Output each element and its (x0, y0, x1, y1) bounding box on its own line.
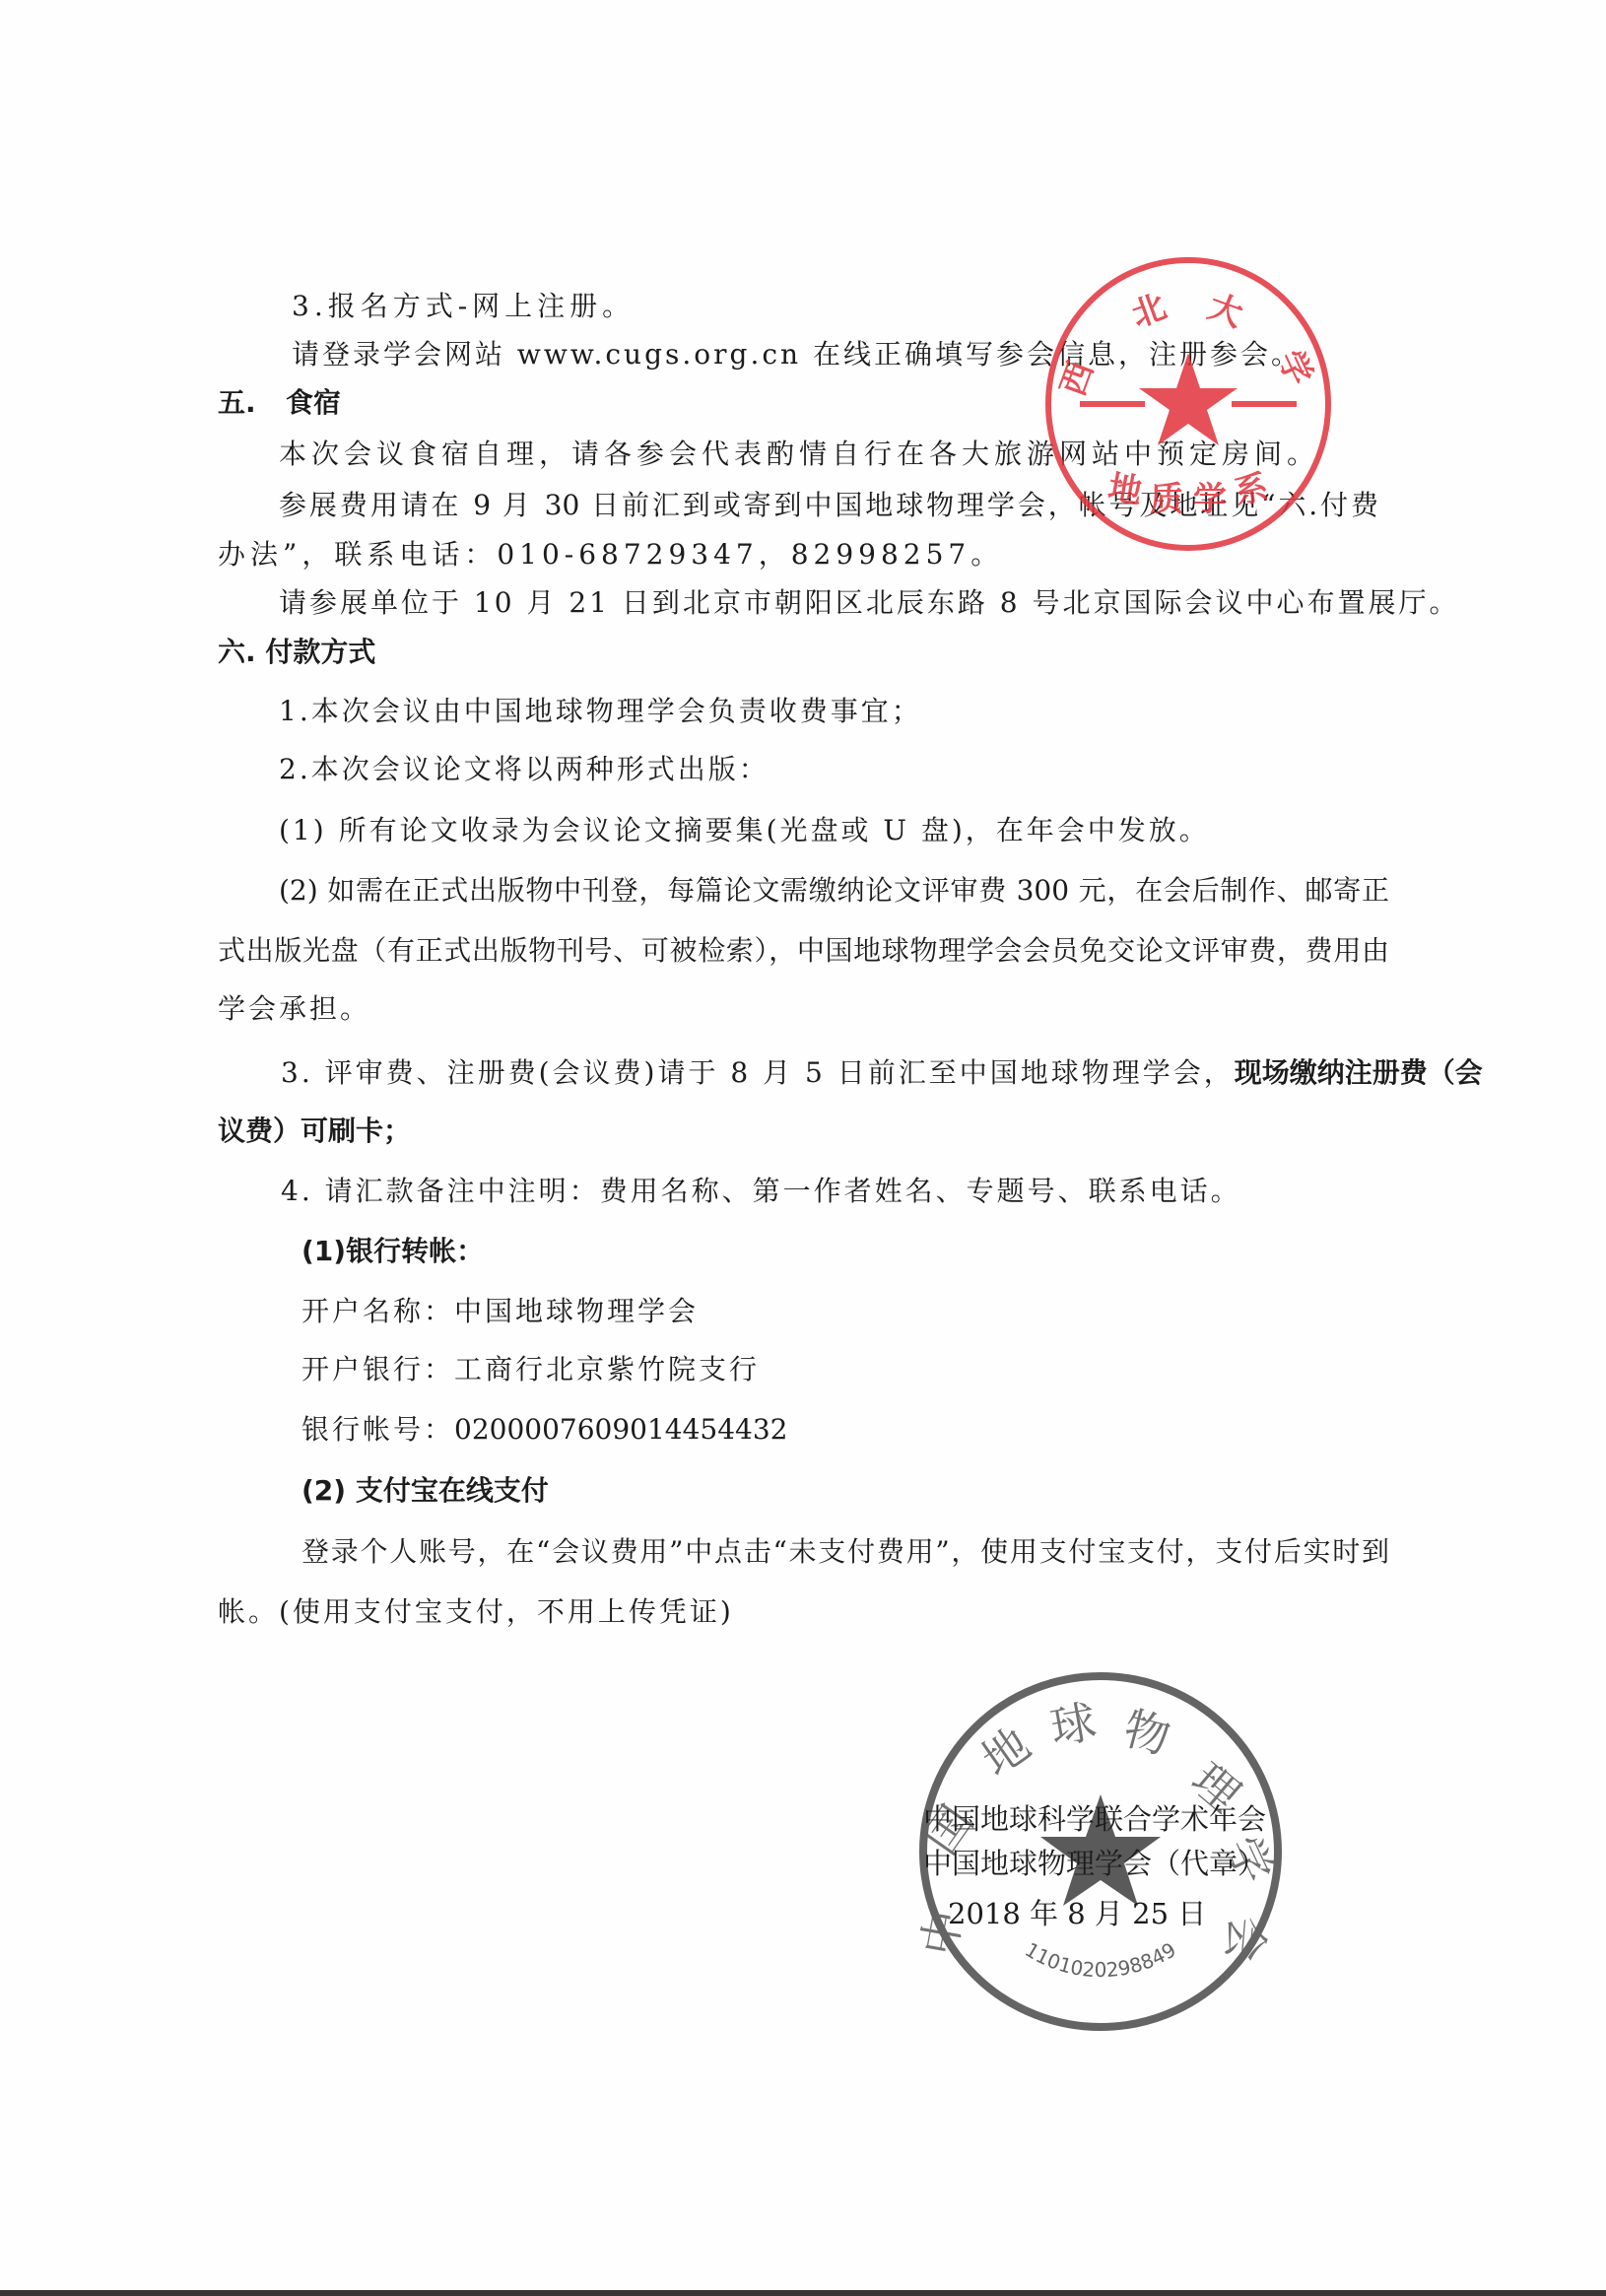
bank-row: 开户银行：工商行北京紫竹院支行 (301, 1353, 760, 1386)
svg-text:会: 会 (1217, 1914, 1274, 1964)
account-number-label: 银行帐号： (301, 1413, 454, 1446)
account-number-row: 银行帐号：0200007609014454432 (301, 1413, 788, 1447)
bank-transfer-heading: (1)银行转帐： (301, 1235, 484, 1268)
exhibition-fee-line-1: 参展费用请在 9 月 30 日前汇到或寄到中国地球物理学会，帐号及地址见“六.付… (279, 489, 1378, 522)
payment-item-2-2-line-2: 式出版光盘（有正式出版物刊号、可被检索），中国地球物理学会会员免交论文评审费，费… (218, 934, 1389, 968)
signature-org-2: 中国地球物理学会（代章） (923, 1847, 1266, 1880)
payment-item-2: 2.本次会议论文将以两种形式出版： (279, 753, 770, 786)
bank-label: 开户银行： (301, 1353, 454, 1385)
account-name-value: 中国地球物理学会 (454, 1295, 699, 1327)
svg-text:北: 北 (1126, 287, 1171, 335)
account-name-label: 开户名称： (301, 1295, 454, 1327)
payment-item-1: 1.本次会议由中国地球物理学会负责收费事宜； (279, 695, 922, 728)
account-number-value: 0200007609014454432 (454, 1413, 787, 1446)
payment-item-3-line-1: 3. 评审费、注册费(会议费)请于 8 月 5 日前汇至中国地球物理学会， 现场… (281, 1056, 1389, 1090)
section-five-heading: 食宿 (286, 386, 341, 420)
payment-item-2-2-line-3: 学会承担。 (218, 992, 370, 1026)
account-name-row: 开户名称：中国地球物理学会 (301, 1295, 699, 1328)
registration-method: 3.报名方式-网上注册。 (292, 290, 635, 323)
section-six-heading: 六. 付款方式 (218, 636, 375, 669)
alipay-instructions-line-2: 帐。(使用支付宝支付，不用上传凭证) (218, 1595, 734, 1629)
svg-text:球: 球 (1046, 1695, 1101, 1755)
signature-org-1: 中国地球科学联合学术年会 (923, 1802, 1266, 1836)
svg-text:大: 大 (1203, 287, 1248, 335)
payment-item-2-2-line-1: (2) 如需在正式出版物中刊登，每篇论文需缴纳论文评审费 300 元，在会后制作… (279, 874, 1389, 908)
exhibition-fee-line-2: 办法”，联系电话：010-68729347，82998257。 (218, 538, 1003, 572)
registration-instructions: 请登录学会网站 www.cugs.org.cn 在线正确填写参会信息，注册参会。 (292, 338, 1302, 371)
svg-text:1101020298849: 1101020298849 (1021, 1937, 1180, 1982)
exhibition-setup-paragraph: 请参展单位于 10 月 21 日到北京市朝阳区北辰东路 8 号北京国际会议中心布… (279, 586, 1459, 620)
svg-text:地: 地 (971, 1718, 1039, 1788)
payment-item-4: 4. 请汇款备注中注明：费用名称、第一作者姓名、专题号、联系电话。 (281, 1175, 1241, 1208)
alipay-instructions-line-1: 登录个人账号，在“会议费用”中点击“未支付费用”，使用支付宝支付，支付后实时到 (301, 1535, 1389, 1569)
bank-value: 工商行北京紫竹院支行 (454, 1353, 760, 1385)
scan-edge-bar (0, 2290, 1606, 2296)
payment-item-3-bold-text: 现场缴纳注册费（会 (1235, 1056, 1483, 1090)
signature-date: 2018 年 8 月 25 日 (948, 1897, 1206, 1930)
section-five-number: 五. (218, 386, 256, 420)
payment-item-2-1: (1) 所有论文收录为会议论文摘要集(光盘或 U 盘)，在年会中发放。 (279, 814, 1210, 847)
document-page: 3.报名方式-网上注册。 请登录学会网站 www.cugs.org.cn 在线正… (0, 0, 1606, 2296)
alipay-heading: (2) 支付宝在线支付 (301, 1474, 549, 1508)
payment-item-3-text: 3. 评审费、注册费(会议费)请于 8 月 5 日前汇至中国地球物理学会， (281, 1056, 1235, 1090)
accommodation-paragraph: 本次会议食宿自理，请各参会代表酌情自行在各大旅游网站中预定房间。 (279, 438, 1319, 471)
payment-item-3-line-2: 议费）可刷卡； (218, 1114, 411, 1148)
svg-text:物: 物 (1118, 1702, 1175, 1765)
